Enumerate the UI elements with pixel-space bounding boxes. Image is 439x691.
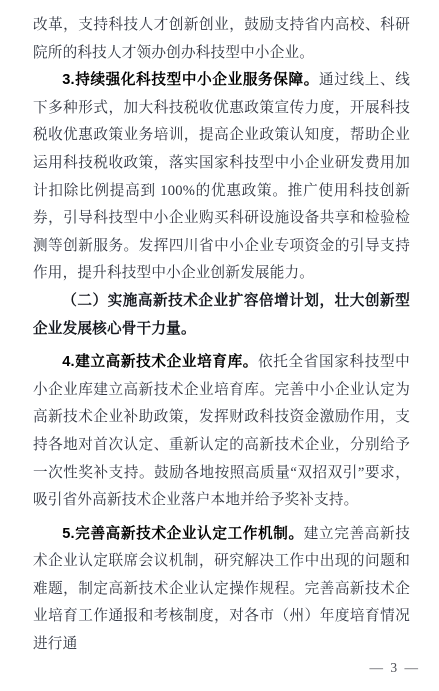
page-number: — 3 — [370, 660, 421, 676]
document-page: 改革，支持科技人才创新创业，鼓励支持省内高校、科研院所的科技人才领办创办科技型中… [0, 0, 439, 691]
paragraph-continuation: 改革，支持科技人才创新创业，鼓励支持省内高校、科研院所的科技人才领办创办科技型中… [33, 12, 410, 67]
paragraph-item-3-body: 通过线上、线下多种形式，加大科技税收优惠政策宣传力度，开展科技税收优惠政策业务培… [33, 72, 410, 281]
paragraph-continuation-text: 改革，支持科技人才创新创业，鼓励支持省内高校、科研院所的科技人才领办创办科技型中… [33, 17, 410, 61]
paragraph-item-5: 5.完善高新技术企业认定工作机制。建立完善高新技术企业认定联席会议机制，研究解决… [33, 521, 410, 659]
paragraph-item-3: 3.持续强化科技型中小企业服务保障。通过线上、线下多种形式，加大科技税收优惠政策… [33, 67, 410, 288]
paragraph-item-4-body: 依托全省国家科技型中小企业库建立高新技术企业培育库。完善中小企业认定为高新技术企… [33, 354, 410, 508]
paragraph-item-5-heading: 5.完善高新技术企业认定工作机制。 [62, 526, 304, 542]
paragraph-item-5-body: 建立完善高新技术企业认定联席会议机制，研究解决工作中出现的问题和难题，制定高新技… [33, 526, 410, 652]
paragraph-item-3-heading: 3.持续强化科技型中小企业服务保障。 [62, 72, 319, 88]
paragraph-item-4: 4.建立高新技术企业培育库。依托全省国家科技型中小企业库建立高新技术企业培育库。… [33, 349, 410, 515]
document-text-block: 改革，支持科技人才创新创业，鼓励支持省内高校、科研院所的科技人才领办创办科技型中… [33, 12, 410, 659]
paragraph-item-4-heading: 4.建立高新技术企业培育库。 [62, 354, 258, 370]
section-heading-2: （二）实施高新技术企业扩容倍增计划，壮大创新型企业发展核心骨干力量。 [33, 288, 410, 343]
section-heading-2-text: （二）实施高新技术企业扩容倍增计划，壮大创新型企业发展核心骨干力量。 [33, 293, 410, 337]
